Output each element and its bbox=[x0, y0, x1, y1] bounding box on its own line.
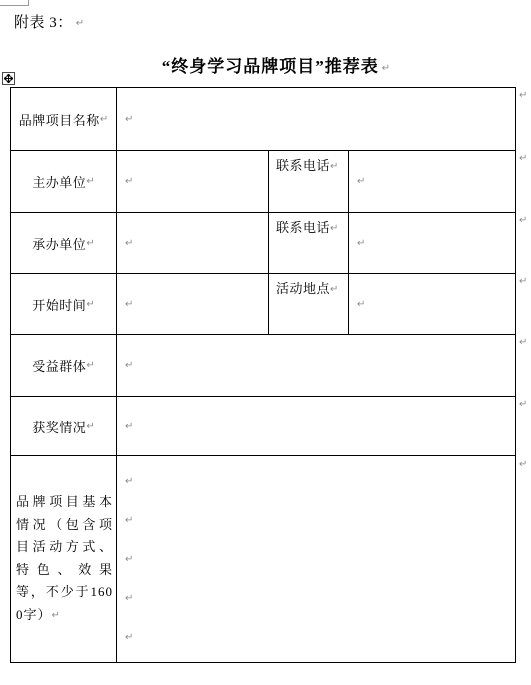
paragraph-mark-icon: ↵ bbox=[330, 161, 338, 172]
row-end-paragraph-mark-icon: ↵ bbox=[519, 399, 527, 410]
table-row: 获奖情况↵ ↵ bbox=[11, 397, 515, 456]
paragraph-mark-icon: ↵ bbox=[125, 176, 133, 187]
sub-label-cell: 联系电话↵ bbox=[269, 213, 349, 273]
paragraph-mark-icon: ↵ bbox=[125, 360, 133, 371]
paragraph-mark-icon: ↵ bbox=[357, 299, 365, 310]
annex-label: 附表 3：↵ bbox=[14, 11, 84, 32]
row-label: 主办单位 bbox=[32, 172, 86, 191]
page-title-text: “终身学习品牌项目”推荐表 bbox=[162, 57, 379, 76]
paragraph-mark-icon: ↵ bbox=[100, 114, 108, 125]
row-label-cell: 受益群体↵ bbox=[11, 335, 117, 396]
project-name-input-cell[interactable]: ↵ bbox=[117, 88, 515, 150]
row-end-paragraph-mark-icon: ↵ bbox=[519, 459, 527, 470]
sub-label: 联系电话 bbox=[276, 220, 330, 235]
row-label: 承办单位 bbox=[32, 234, 86, 253]
row-end-paragraph-mark-icon: ↵ bbox=[519, 337, 527, 348]
margin-crop-mark bbox=[0, 5, 28, 6]
start-time-input-cell[interactable]: ↵ bbox=[117, 274, 269, 334]
paragraph-mark-icon: ↵ bbox=[125, 515, 133, 526]
table-row: 品牌项目基本情况（包含项目活动方式、特色、效果等，不少于1600字）↵ ↵ ↵ … bbox=[11, 456, 515, 662]
table-row: 品牌项目名称↵ ↵ bbox=[11, 88, 515, 151]
beneficiary-group-input-cell[interactable]: ↵ bbox=[117, 335, 515, 396]
row-label: 开始时间 bbox=[32, 295, 86, 314]
row-end-paragraph-mark-icon: ↵ bbox=[519, 153, 527, 164]
annex-label-text: 附表 3： bbox=[14, 15, 73, 31]
row-label-cell: 主办单位↵ bbox=[11, 151, 117, 212]
paragraph-mark-icon: ↵ bbox=[52, 610, 60, 621]
row-end-paragraph-mark-icon: ↵ bbox=[519, 276, 527, 287]
paragraph-mark-icon: ↵ bbox=[125, 593, 133, 604]
paragraph-mark-icon: ↵ bbox=[86, 238, 94, 249]
paragraph-mark-icon: ↵ bbox=[86, 176, 94, 187]
paragraph-mark-icon: ↵ bbox=[330, 284, 338, 295]
row-label-cell: 获奖情况↵ bbox=[11, 397, 117, 455]
paragraph-mark-icon: ↵ bbox=[357, 238, 365, 249]
row-label-cell: 品牌项目基本情况（包含项目活动方式、特色、效果等，不少于1600字）↵ bbox=[11, 456, 117, 662]
organizer-unit-input-cell[interactable]: ↵ bbox=[117, 213, 269, 273]
paragraph-mark-icon: ↵ bbox=[382, 63, 390, 74]
host-unit-input-cell[interactable]: ↵ bbox=[117, 151, 269, 212]
table-row: 主办单位↵ ↵ 联系电话↵ ↵ bbox=[11, 151, 515, 213]
activity-location-input-cell[interactable]: ↵ bbox=[349, 274, 515, 334]
row-label: 品牌项目基本情况（包含项目活动方式、特色、效果等，不少于1600字）↵ bbox=[16, 491, 113, 627]
paragraph-mark-icon: ↵ bbox=[357, 176, 365, 187]
sub-label: 活动地点 bbox=[276, 281, 330, 296]
table-row: 承办单位↵ ↵ 联系电话↵ ↵ bbox=[11, 213, 515, 274]
sub-label-cell: 联系电话↵ bbox=[269, 151, 349, 212]
paragraph-mark-icon: ↵ bbox=[330, 223, 338, 234]
contact-phone-input-cell[interactable]: ↵ bbox=[349, 151, 515, 212]
table-row: 受益群体↵ ↵ bbox=[11, 335, 515, 397]
paragraph-mark-icon: ↵ bbox=[125, 632, 133, 643]
project-details-input-cell[interactable]: ↵ ↵ ↵ ↵ ↵ bbox=[117, 456, 515, 662]
paragraph-mark-icon: ↵ bbox=[125, 238, 133, 249]
recommendation-form-table: 品牌项目名称↵ ↵ 主办单位↵ ↵ 联系电话↵ ↵ 承办单位↵ ↵ 联系电话↵ … bbox=[10, 87, 516, 663]
row-label-cell: 承办单位↵ bbox=[11, 213, 117, 273]
move-icon bbox=[4, 74, 13, 83]
paragraph-mark-icon: ↵ bbox=[125, 476, 133, 487]
paragraph-mark-icon: ↵ bbox=[76, 18, 84, 29]
paragraph-mark-icon: ↵ bbox=[86, 299, 94, 310]
row-label-cell: 开始时间↵ bbox=[11, 274, 117, 334]
awards-input-cell[interactable]: ↵ bbox=[117, 397, 515, 455]
row-label: 品牌项目名称 bbox=[19, 110, 100, 129]
paragraph-mark-icon: ↵ bbox=[125, 421, 133, 432]
paragraph-mark-icon: ↵ bbox=[125, 554, 133, 565]
contact-phone-input-cell[interactable]: ↵ bbox=[349, 213, 515, 273]
paragraph-mark-icon: ↵ bbox=[86, 421, 94, 432]
sub-label-cell: 活动地点↵ bbox=[269, 274, 349, 334]
paragraph-mark-icon: ↵ bbox=[125, 114, 133, 125]
row-label: 受益群体 bbox=[32, 356, 86, 375]
table-row: 开始时间↵ ↵ 活动地点↵ ↵ bbox=[11, 274, 515, 335]
row-label: 获奖情况 bbox=[32, 417, 86, 436]
paragraph-mark-icon: ↵ bbox=[125, 299, 133, 310]
paragraph-mark-icon: ↵ bbox=[86, 360, 94, 371]
sub-label: 联系电话 bbox=[276, 158, 330, 173]
table-move-handle[interactable] bbox=[2, 72, 15, 85]
document-page: 附表 3：↵ “终身学习品牌项目”推荐表↵ 品牌项目名称↵ ↵ 主办单位↵ ↵ … bbox=[0, 0, 531, 685]
page-title: “终身学习品牌项目”推荐表↵ bbox=[20, 52, 531, 77]
margin-crop-mark-corner bbox=[28, 0, 29, 6]
row-end-paragraph-mark-icon: ↵ bbox=[519, 90, 527, 101]
row-label-cell: 品牌项目名称↵ bbox=[11, 88, 117, 150]
row-end-paragraph-mark-icon: ↵ bbox=[519, 215, 527, 226]
